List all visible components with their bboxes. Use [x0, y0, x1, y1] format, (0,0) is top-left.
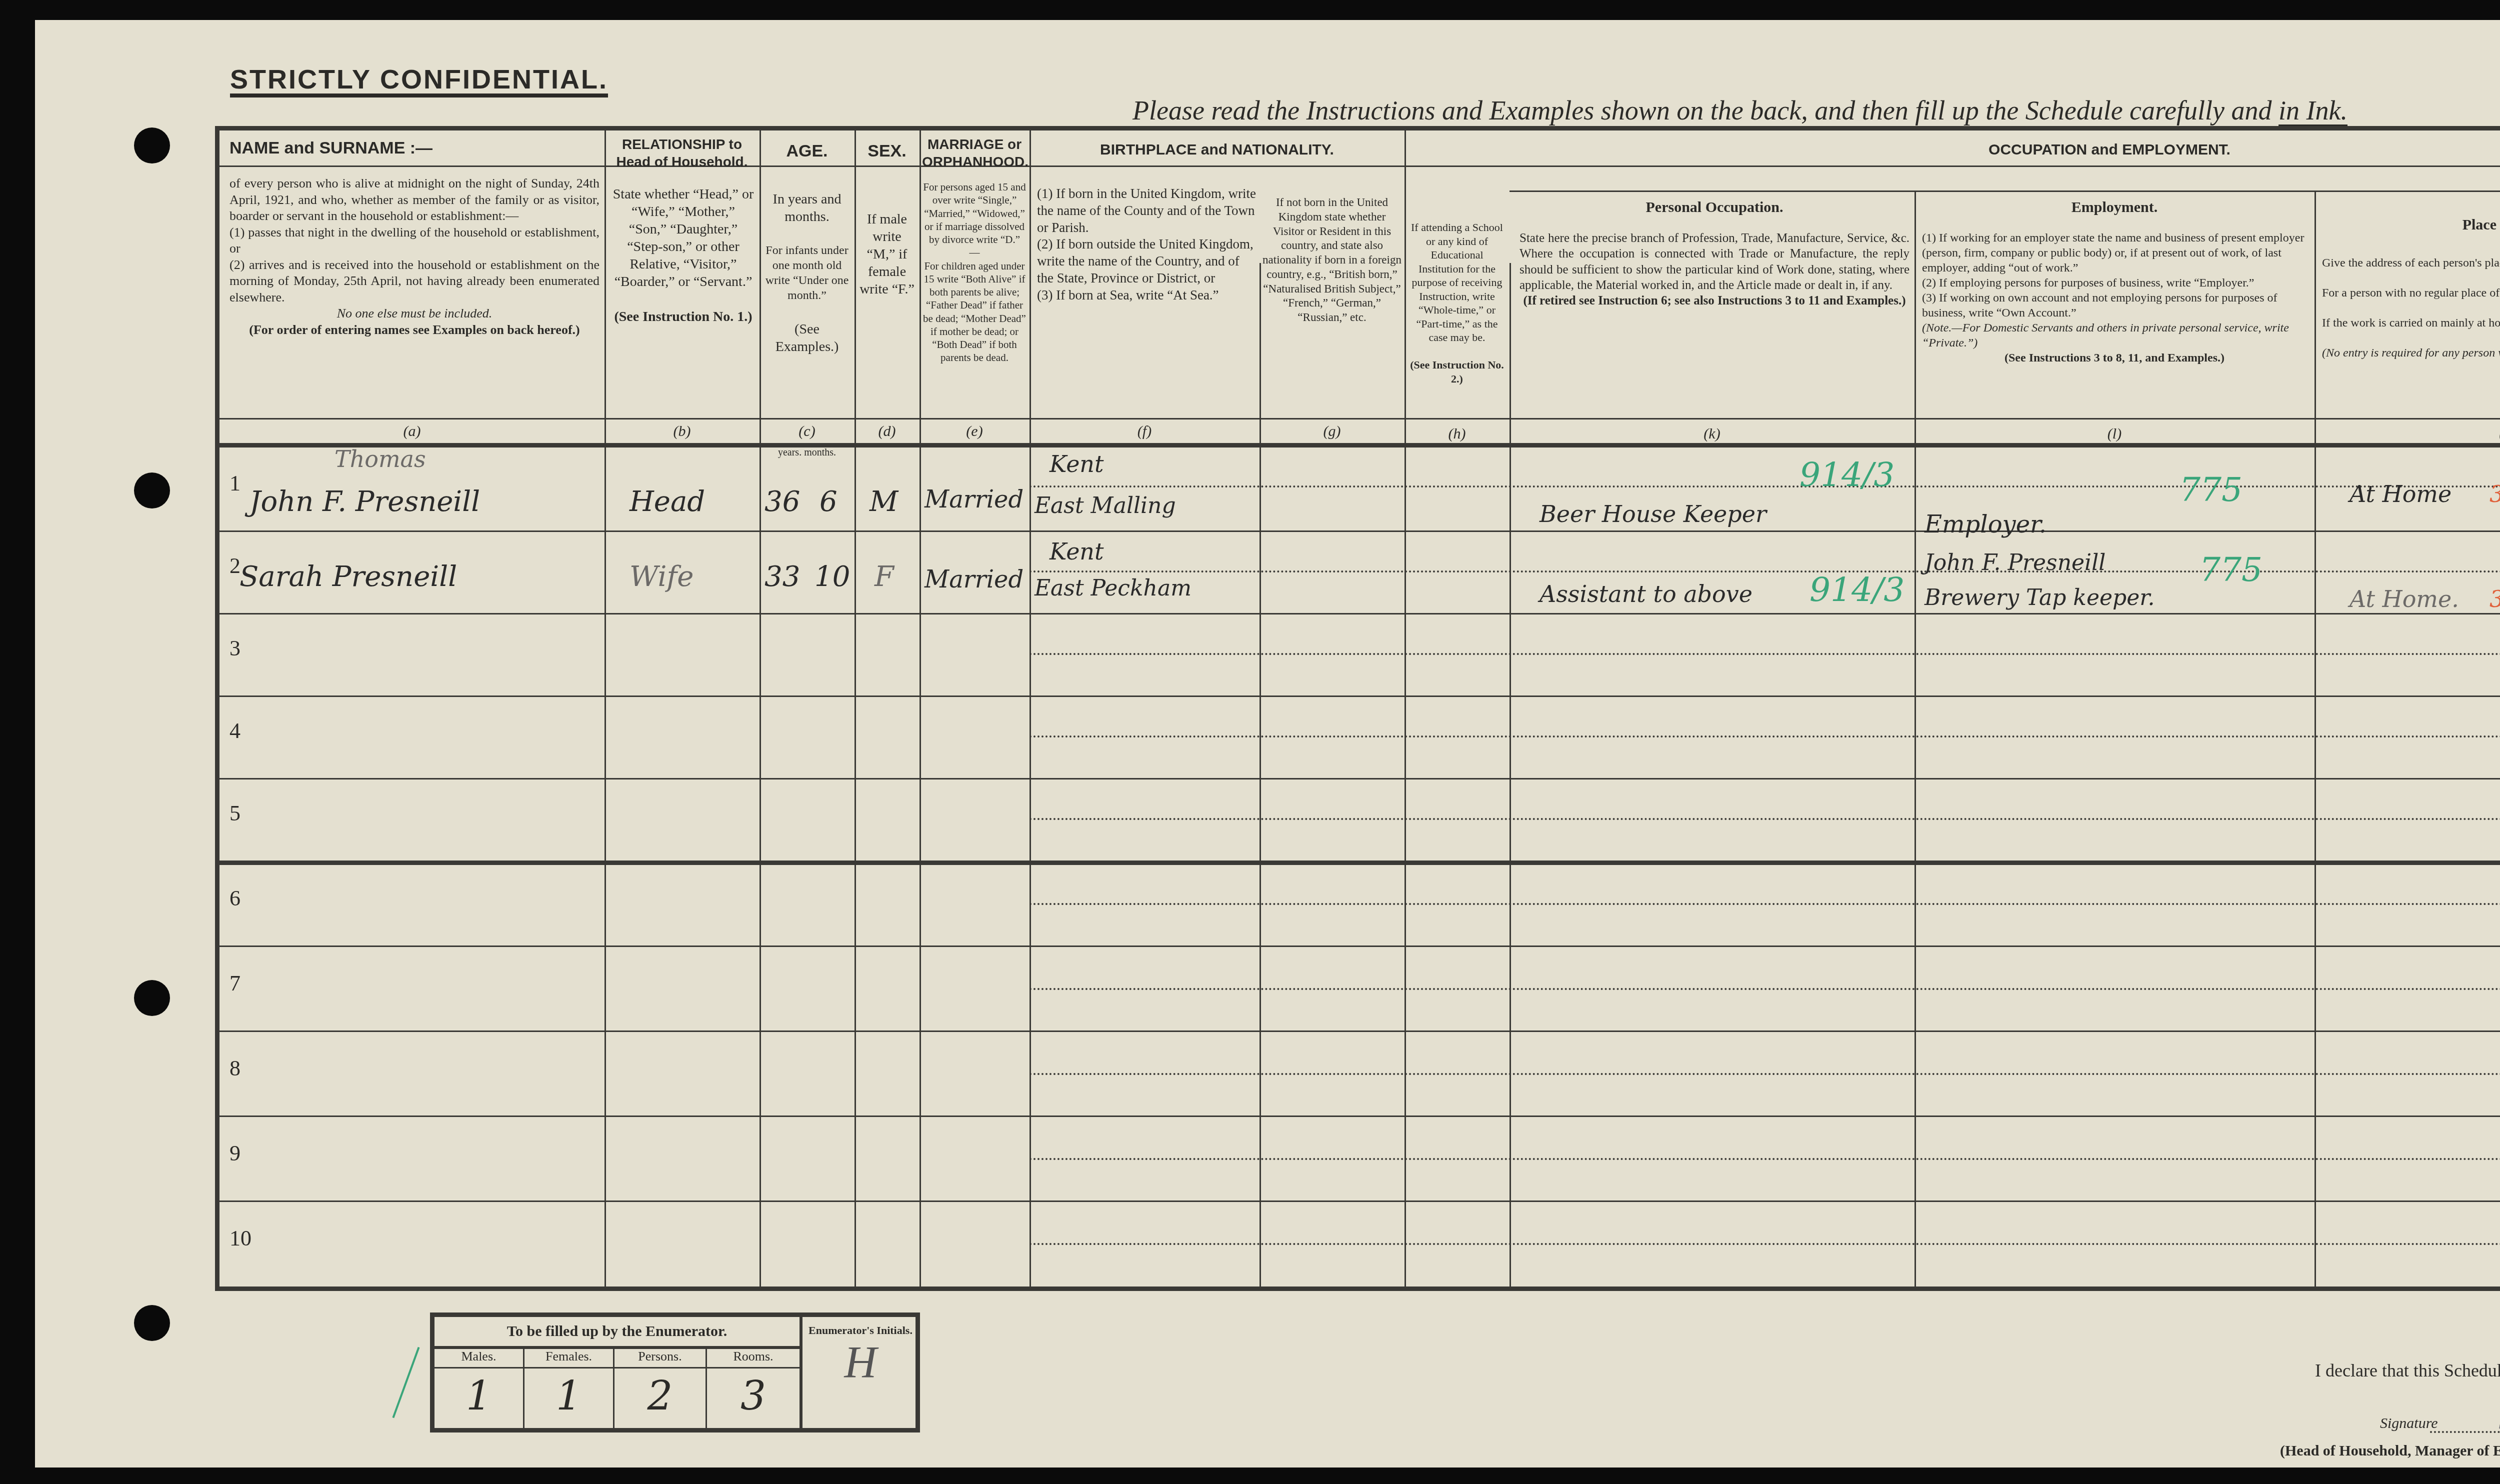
- column-letter-k: (k): [1509, 425, 1914, 442]
- row-number: 3: [229, 635, 240, 661]
- header-nationality-body: If not born in the United Kingdom state …: [1262, 195, 1402, 325]
- row1-name-insertion[interactable]: Thomas: [334, 445, 426, 472]
- row2-place-of-work[interactable]: At Home.: [2349, 585, 2459, 612]
- row-number: 5: [229, 800, 240, 826]
- punch-hole: [134, 1305, 170, 1341]
- age-subheader: years. months.: [762, 446, 852, 459]
- row-number: 8: [229, 1055, 240, 1081]
- punch-hole: [134, 472, 170, 508]
- header-name-body: of every person who is alive at midnight…: [229, 175, 599, 338]
- row-number: 4: [229, 718, 240, 743]
- column-letter-g: (g): [1259, 423, 1404, 440]
- row2-employment-code: 775: [2199, 550, 2262, 589]
- column-letter-d: (d): [854, 423, 919, 440]
- row-number: 9: [229, 1140, 240, 1166]
- row2-town[interactable]: East Peckham: [1034, 575, 1191, 601]
- row2-marriage[interactable]: Married: [924, 565, 1023, 593]
- row1-relationship[interactable]: Head: [629, 485, 705, 518]
- header-personal-occupation-body: State here the precise branch of Profess…: [1519, 230, 1909, 308]
- header-age-body: In years and months. For infants under o…: [762, 190, 852, 355]
- header-marriage-body: For persons aged 15 and over write “Sing…: [922, 180, 1027, 364]
- confidential-title: STRICTLY CONFIDENTIAL.: [230, 64, 608, 95]
- column-letter-f: (f): [1029, 423, 1259, 440]
- row2-sex[interactable]: F: [874, 560, 894, 593]
- header-relationship-body: State whether “Head,” or “Wife,” “Mother…: [612, 185, 754, 325]
- column-letter-b: (b): [604, 423, 759, 440]
- row2-place-code: 3072/19: [2489, 585, 2500, 612]
- row1-employment[interactable]: Employer.: [1924, 510, 2046, 538]
- declaration-text: I declare that this Schedule is correctl…: [2315, 1360, 2500, 1381]
- row1-place-code: 3072/19: [2489, 480, 2500, 507]
- header-sex-body: If male write “M,” if female write “F.”: [857, 210, 917, 298]
- header-personal-occupation: Personal Occupation.: [1514, 198, 1914, 217]
- row2-occupation[interactable]: Assistant to above: [1539, 580, 1752, 607]
- header-relationship: RELATIONSHIP to Head of Household.: [607, 135, 757, 170]
- row1-place-of-work[interactable]: At Home: [2349, 480, 2451, 507]
- column-letter-e: (e): [919, 423, 1029, 440]
- row2-county[interactable]: Kent: [1049, 538, 1103, 565]
- header-education-body: If attending a School or any kind of Edu…: [1407, 220, 1507, 385]
- punch-hole: [134, 127, 170, 163]
- enumerator-initials[interactable]: Enumerator's Initials.H: [799, 1317, 918, 1428]
- household-table: NAME and SURNAME :— of every person who …: [215, 126, 2500, 1291]
- column-letter-c: (c): [759, 423, 854, 440]
- row1-name[interactable]: John F. Presneill: [249, 485, 480, 518]
- row1-county[interactable]: Kent: [1049, 450, 1103, 477]
- column-letter-l: (l): [1914, 425, 2314, 442]
- row1-age-months[interactable]: 6: [819, 485, 837, 518]
- summary-header: To be filled up by the Enumerator.: [434, 1317, 799, 1349]
- row-number: 6: [229, 885, 240, 911]
- row1-employment-code: 775: [2179, 470, 2242, 509]
- header-birthplace-body: (1) If born in the United Kingdom, write…: [1037, 185, 1257, 303]
- row2-employment[interactable]: John F. Presneill Brewery Tap keeper.: [1924, 545, 2174, 615]
- header-occupation: OCCUPATION and EMPLOYMENT.: [1519, 140, 2500, 159]
- row-number: 10: [229, 1225, 251, 1251]
- row2-age-months[interactable]: 10: [814, 560, 850, 593]
- header-marriage: MARRIAGE or ORPHANHOOD.: [922, 135, 1027, 170]
- row2-occupation-code: 914/3: [1809, 570, 1904, 609]
- header-birthplace: BIRTHPLACE and NATIONALITY.: [1032, 140, 1402, 159]
- row1-sex[interactable]: M: [869, 485, 898, 518]
- instructions-line: Please read the Instructions and Example…: [1132, 95, 2347, 126]
- signature-line: [2430, 1431, 2500, 1433]
- header-employment-body: (1) If working for an employer state the…: [1922, 230, 2307, 365]
- header-place-of-work-body: Give the address of each person's place …: [2322, 255, 2500, 360]
- column-letter-h: (h): [1404, 425, 1509, 442]
- column-letter-a: (a): [219, 423, 604, 440]
- row2-age-years[interactable]: 33: [764, 560, 800, 593]
- row1-occupation[interactable]: Beer House Keeper: [1539, 500, 1766, 527]
- signature-note: (Head of Household, Manager of Establish…: [2280, 1442, 2500, 1459]
- header-sex: SEX.: [857, 140, 917, 162]
- summary-rooms[interactable]: Rooms.3: [707, 1346, 799, 1428]
- summary-females[interactable]: Females.1: [524, 1346, 614, 1428]
- row1-town[interactable]: East Malling: [1034, 493, 1176, 518]
- header-place-of-work: Place of Work.: [2317, 215, 2500, 234]
- header-age: AGE.: [762, 140, 852, 162]
- row1-occupation-code: 914/3: [1799, 455, 1894, 494]
- row-number: 7: [229, 970, 240, 996]
- signature-label: Signature: [2380, 1415, 2438, 1432]
- summary-persons[interactable]: Persons.2: [614, 1346, 707, 1428]
- summary-males[interactable]: Males.1: [434, 1346, 524, 1428]
- row2-relationship[interactable]: Wife: [629, 560, 693, 593]
- enumerator-summary-box: To be filled up by the Enumerator. Males…: [430, 1312, 920, 1432]
- row1-marriage[interactable]: Married: [924, 485, 1023, 513]
- punch-hole: [134, 980, 170, 1016]
- row-number: 1: [229, 470, 240, 496]
- row1-age-years[interactable]: 36: [764, 485, 800, 518]
- column-letter-m: (m): [2314, 425, 2500, 442]
- header-name-surname: NAME and SURNAME :—: [229, 137, 599, 159]
- header-employment: Employment.: [1917, 198, 2312, 217]
- row-number: 2: [229, 553, 240, 578]
- row2-name[interactable]: Sarah Presneill: [239, 560, 457, 593]
